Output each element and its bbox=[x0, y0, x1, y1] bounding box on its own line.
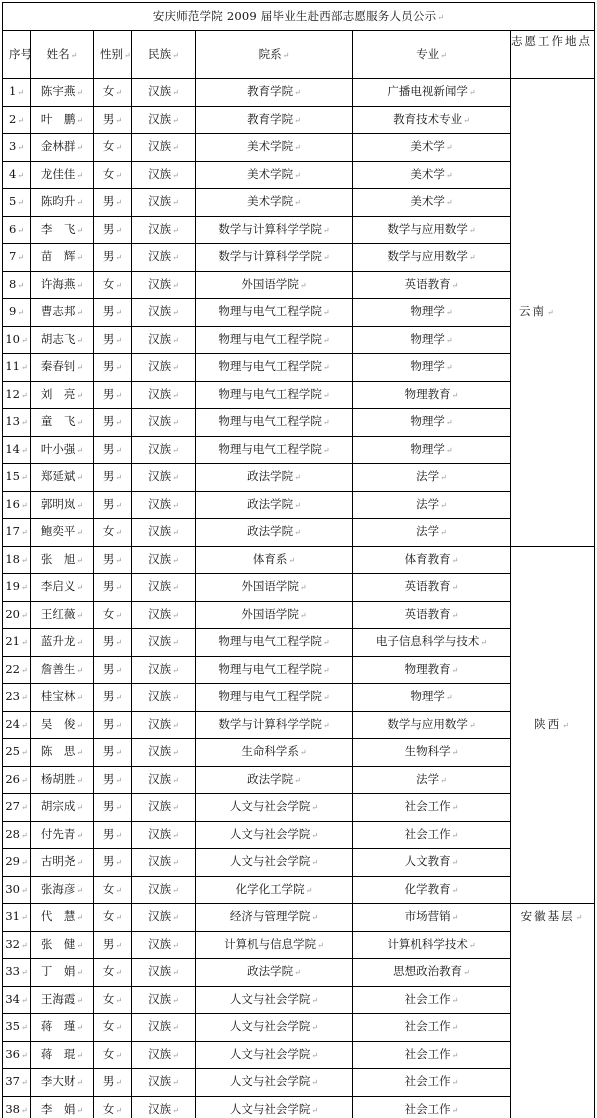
ethnicity: 汉族 bbox=[148, 139, 179, 153]
major: 物理教育 bbox=[405, 662, 459, 676]
ethnicity-cell: 汉族 bbox=[132, 464, 196, 492]
location-label: 云南 bbox=[519, 304, 556, 318]
ethnicity: 汉族 bbox=[148, 359, 179, 373]
department-cell: 教育学院 bbox=[196, 106, 353, 134]
gender: 女 bbox=[103, 167, 122, 181]
student-name-cell: 童 飞 bbox=[31, 409, 94, 437]
row-number-cell: 9 bbox=[3, 299, 31, 327]
gender: 女 bbox=[103, 1102, 122, 1116]
gender-cell: 男 bbox=[94, 409, 132, 437]
department: 生命科学系 bbox=[241, 744, 306, 758]
ethnicity-cell: 汉族 bbox=[132, 601, 196, 629]
row-number-cell: 32 bbox=[3, 931, 31, 959]
department-cell: 教育学院 bbox=[196, 79, 353, 107]
gender-cell: 男 bbox=[94, 629, 132, 657]
student-name: 秦春钊 bbox=[41, 359, 83, 373]
row-number: 6 bbox=[9, 222, 24, 236]
ethnicity-cell: 汉族 bbox=[132, 161, 196, 189]
student-name: 王红薇 bbox=[41, 607, 83, 621]
major: 思想政治教育 bbox=[393, 964, 470, 978]
department-cell: 物理与电气工程学院 bbox=[196, 409, 353, 437]
gender: 女 bbox=[103, 964, 122, 978]
header-location: 志愿工作地点 bbox=[511, 31, 595, 79]
table-row: 23桂宝林男汉族物理与电气工程学院物理学 bbox=[3, 684, 595, 712]
department-cell: 外国语学院 bbox=[196, 601, 353, 629]
ethnicity-cell: 汉族 bbox=[132, 849, 196, 877]
row-number-cell: 1 bbox=[3, 79, 31, 107]
ethnicity: 汉族 bbox=[148, 414, 179, 428]
department: 人文与社会学院 bbox=[230, 1019, 318, 1033]
department-cell: 数学与计算科学学院 bbox=[196, 216, 353, 244]
student-name-cell: 吴 俊 bbox=[31, 711, 94, 739]
gender: 女 bbox=[103, 992, 122, 1006]
row-number: 4 bbox=[9, 167, 24, 181]
department: 政法学院 bbox=[247, 469, 301, 483]
student-name: 代 慧 bbox=[41, 909, 83, 923]
table-title: 安庆师范学院 2009 届毕业生赴西部志愿服务人员公示 bbox=[3, 3, 595, 31]
gender: 男 bbox=[103, 662, 122, 676]
student-name: 张 健 bbox=[41, 937, 83, 951]
row-number-cell: 15 bbox=[3, 464, 31, 492]
ethnicity: 汉族 bbox=[148, 277, 179, 291]
gender-cell: 男 bbox=[94, 299, 132, 327]
ethnicity-cell: 汉族 bbox=[132, 546, 196, 574]
major: 社会工作 bbox=[405, 1047, 459, 1061]
row-number-cell: 28 bbox=[3, 821, 31, 849]
student-name: 陈 思 bbox=[41, 744, 83, 758]
ethnicity: 汉族 bbox=[148, 387, 179, 401]
student-name-cell: 付先青 bbox=[31, 821, 94, 849]
gender: 男 bbox=[103, 387, 122, 401]
student-name-cell: 陈 思 bbox=[31, 739, 94, 767]
department-cell: 计算机与信息学院 bbox=[196, 931, 353, 959]
major-cell: 美术学 bbox=[353, 134, 511, 162]
ethnicity-cell: 汉族 bbox=[132, 354, 196, 382]
header-ethnicity: 民族 bbox=[132, 31, 196, 79]
ethnicity-cell: 汉族 bbox=[132, 271, 196, 299]
ethnicity-cell: 汉族 bbox=[132, 299, 196, 327]
department: 人文与社会学院 bbox=[230, 854, 318, 868]
row-number: 33 bbox=[5, 964, 27, 978]
student-name-cell: 郑延斌 bbox=[31, 464, 94, 492]
major-cell: 物理学 bbox=[353, 299, 511, 327]
student-name-cell: 鲍奕平 bbox=[31, 519, 94, 547]
ethnicity-cell: 汉族 bbox=[132, 739, 196, 767]
gender: 女 bbox=[103, 1019, 122, 1033]
student-name: 胡宗成 bbox=[41, 799, 83, 813]
department: 物理与电气工程学院 bbox=[218, 359, 329, 373]
department-cell: 人文与社会学院 bbox=[196, 986, 353, 1014]
gender: 男 bbox=[103, 827, 122, 841]
major: 数学与应用数学 bbox=[387, 717, 475, 731]
row-number-cell: 16 bbox=[3, 491, 31, 519]
student-name-cell: 胡志飞 bbox=[31, 326, 94, 354]
major-cell: 化学教育 bbox=[353, 876, 511, 904]
department: 人文与社会学院 bbox=[230, 1047, 318, 1061]
gender-cell: 男 bbox=[94, 711, 132, 739]
gender-cell: 女 bbox=[94, 1014, 132, 1042]
ethnicity-cell: 汉族 bbox=[132, 381, 196, 409]
student-name-cell: 叶 鹏 bbox=[31, 106, 94, 134]
row-number: 21 bbox=[5, 634, 27, 648]
gender: 男 bbox=[103, 469, 122, 483]
student-name-cell: 刘 亮 bbox=[31, 381, 94, 409]
ethnicity-cell: 汉族 bbox=[132, 189, 196, 217]
major: 美术学 bbox=[410, 139, 452, 153]
student-name: 苗 辉 bbox=[41, 249, 83, 263]
department-cell: 数学与计算科学学院 bbox=[196, 244, 353, 272]
row-number: 27 bbox=[5, 799, 27, 813]
gender: 女 bbox=[103, 277, 122, 291]
gender-cell: 女 bbox=[94, 519, 132, 547]
gender: 女 bbox=[103, 524, 122, 538]
major-cell: 社会工作 bbox=[353, 1069, 511, 1097]
student-name: 杨胡胜 bbox=[41, 772, 83, 786]
major-cell: 数学与应用数学 bbox=[353, 216, 511, 244]
ethnicity-cell: 汉族 bbox=[132, 629, 196, 657]
row-number: 37 bbox=[5, 1074, 27, 1088]
row-number: 14 bbox=[5, 442, 27, 456]
gender-cell: 女 bbox=[94, 1041, 132, 1069]
major-cell: 法学 bbox=[353, 766, 511, 794]
row-number: 31 bbox=[5, 909, 27, 923]
student-name-cell: 胡宗成 bbox=[31, 794, 94, 822]
student-name-cell: 代 慧 bbox=[31, 904, 94, 932]
ethnicity: 汉族 bbox=[148, 469, 179, 483]
student-name: 李 飞 bbox=[41, 222, 83, 236]
ethnicity-cell: 汉族 bbox=[132, 656, 196, 684]
ethnicity: 汉族 bbox=[148, 964, 179, 978]
table-row: 34王海霞女汉族人文与社会学院社会工作 bbox=[3, 986, 595, 1014]
major: 物理学 bbox=[410, 414, 452, 428]
major-cell: 法学 bbox=[353, 519, 511, 547]
department-cell: 物理与电气工程学院 bbox=[196, 656, 353, 684]
ethnicity-cell: 汉族 bbox=[132, 436, 196, 464]
ethnicity: 汉族 bbox=[148, 167, 179, 181]
row-number-cell: 3 bbox=[3, 134, 31, 162]
major: 物理学 bbox=[410, 442, 452, 456]
major-cell: 社会工作 bbox=[353, 1041, 511, 1069]
student-name-cell: 金林群 bbox=[31, 134, 94, 162]
student-name-cell: 郭明岚 bbox=[31, 491, 94, 519]
student-name-cell: 詹善生 bbox=[31, 656, 94, 684]
row-number: 18 bbox=[5, 552, 27, 566]
ethnicity-cell: 汉族 bbox=[132, 574, 196, 602]
ethnicity-cell: 汉族 bbox=[132, 904, 196, 932]
gender-cell: 男 bbox=[94, 106, 132, 134]
table-row: 20王红薇女汉族外国语学院英语教育 bbox=[3, 601, 595, 629]
department: 物理与电气工程学院 bbox=[218, 634, 329, 648]
gender-cell: 女 bbox=[94, 959, 132, 987]
ethnicity-cell: 汉族 bbox=[132, 1069, 196, 1097]
gender: 男 bbox=[103, 772, 122, 786]
gender: 男 bbox=[103, 634, 122, 648]
header-gender: 性别 bbox=[94, 31, 132, 79]
student-name: 蒋 琨 bbox=[41, 1047, 83, 1061]
gender: 女 bbox=[103, 909, 122, 923]
department-cell: 物理与电气工程学院 bbox=[196, 381, 353, 409]
major-cell: 数学与应用数学 bbox=[353, 244, 511, 272]
table-row: 26杨胡胜男汉族政法学院法学 bbox=[3, 766, 595, 794]
student-name-cell: 李 飞 bbox=[31, 216, 94, 244]
row-number: 23 bbox=[5, 689, 27, 703]
gender: 女 bbox=[103, 607, 122, 621]
location-cell: 云南 bbox=[511, 79, 595, 547]
major-cell: 广播电视新闻学 bbox=[353, 79, 511, 107]
student-name-cell: 曹志邦 bbox=[31, 299, 94, 327]
row-number: 19 bbox=[5, 579, 27, 593]
student-name-cell: 李大财 bbox=[31, 1069, 94, 1097]
department-cell: 人文与社会学院 bbox=[196, 1096, 353, 1118]
major: 物理学 bbox=[410, 332, 452, 346]
row-number-cell: 30 bbox=[3, 876, 31, 904]
gender: 女 bbox=[103, 1047, 122, 1061]
row-number-cell: 31 bbox=[3, 904, 31, 932]
major-cell: 社会工作 bbox=[353, 1096, 511, 1118]
major-cell: 社会工作 bbox=[353, 821, 511, 849]
row-number-cell: 5 bbox=[3, 189, 31, 217]
table-row: 21蓝升龙男汉族物理与电气工程学院电子信息科学与技术 bbox=[3, 629, 595, 657]
department: 人文与社会学院 bbox=[230, 827, 318, 841]
major-cell: 思想政治教育 bbox=[353, 959, 511, 987]
header-name: 姓名 bbox=[31, 31, 94, 79]
student-name-cell: 苗 辉 bbox=[31, 244, 94, 272]
department-cell: 政法学院 bbox=[196, 464, 353, 492]
student-name-cell: 丁 娟 bbox=[31, 959, 94, 987]
major: 物理学 bbox=[410, 359, 452, 373]
student-name-cell: 张海彦 bbox=[31, 876, 94, 904]
row-number-cell: 14 bbox=[3, 436, 31, 464]
row-number-cell: 27 bbox=[3, 794, 31, 822]
row-number: 10 bbox=[5, 332, 27, 346]
student-name: 李启义 bbox=[41, 579, 83, 593]
location-cell: 安徽基层 bbox=[511, 904, 595, 1118]
department: 数学与计算科学学院 bbox=[218, 222, 329, 236]
ethnicity: 汉族 bbox=[148, 112, 179, 126]
row-number-cell: 8 bbox=[3, 271, 31, 299]
department: 化学化工学院 bbox=[236, 882, 313, 896]
table-row: 11秦春钊男汉族物理与电气工程学院物理学 bbox=[3, 354, 595, 382]
row-number: 26 bbox=[5, 772, 27, 786]
department-cell: 数学与计算科学学院 bbox=[196, 711, 353, 739]
ethnicity: 汉族 bbox=[148, 882, 179, 896]
ethnicity: 汉族 bbox=[148, 1047, 179, 1061]
student-name: 吴 俊 bbox=[41, 717, 83, 731]
ethnicity-cell: 汉族 bbox=[132, 986, 196, 1014]
major: 英语教育 bbox=[405, 579, 459, 593]
location-label: 安徽基层 bbox=[521, 909, 585, 923]
student-name-cell: 蒋 琨 bbox=[31, 1041, 94, 1069]
gender: 女 bbox=[103, 882, 122, 896]
row-number-cell: 29 bbox=[3, 849, 31, 877]
row-number: 8 bbox=[9, 277, 24, 291]
student-name: 叶 鹏 bbox=[41, 112, 83, 126]
row-number-cell: 19 bbox=[3, 574, 31, 602]
department: 美术学院 bbox=[247, 194, 301, 208]
major-cell: 电子信息科学与技术 bbox=[353, 629, 511, 657]
table-row: 29古明尧男汉族人文与社会学院人文教育 bbox=[3, 849, 595, 877]
table-row: 15郑延斌男汉族政法学院法学 bbox=[3, 464, 595, 492]
student-name: 陈昀升 bbox=[41, 194, 83, 208]
department: 政法学院 bbox=[247, 497, 301, 511]
row-number: 34 bbox=[5, 992, 27, 1006]
table-row: 38李 娟女汉族人文与社会学院社会工作 bbox=[3, 1096, 595, 1118]
major-cell: 物理学 bbox=[353, 354, 511, 382]
ethnicity-cell: 汉族 bbox=[132, 216, 196, 244]
major: 数学与应用数学 bbox=[387, 249, 475, 263]
department: 物理与电气工程学院 bbox=[218, 662, 329, 676]
ethnicity-cell: 汉族 bbox=[132, 1041, 196, 1069]
department: 人文与社会学院 bbox=[230, 992, 318, 1006]
department-cell: 物理与电气工程学院 bbox=[196, 629, 353, 657]
student-name: 蒋 瑾 bbox=[41, 1019, 83, 1033]
row-number-cell: 36 bbox=[3, 1041, 31, 1069]
ethnicity-cell: 汉族 bbox=[132, 106, 196, 134]
gender: 女 bbox=[103, 84, 122, 98]
table-row: 9曹志邦男汉族物理与电气工程学院物理学 bbox=[3, 299, 595, 327]
row-number: 11 bbox=[5, 359, 27, 373]
gender-cell: 男 bbox=[94, 189, 132, 217]
ethnicity-cell: 汉族 bbox=[132, 79, 196, 107]
ethnicity: 汉族 bbox=[148, 992, 179, 1006]
major: 社会工作 bbox=[405, 992, 459, 1006]
major: 英语教育 bbox=[405, 277, 459, 291]
table-row: 25陈 思男汉族生命科学系生物科学 bbox=[3, 739, 595, 767]
department-cell: 物理与电气工程学院 bbox=[196, 299, 353, 327]
department-cell: 政法学院 bbox=[196, 519, 353, 547]
department-cell: 人文与社会学院 bbox=[196, 1041, 353, 1069]
student-name-cell: 杨胡胜 bbox=[31, 766, 94, 794]
major: 物理教育 bbox=[405, 387, 459, 401]
department: 物理与电气工程学院 bbox=[218, 689, 329, 703]
header-row: 序号 姓名 性别 民族 院系 专业 志愿工作地点 bbox=[3, 31, 595, 79]
major-cell: 美术学 bbox=[353, 161, 511, 189]
row-number: 24 bbox=[5, 717, 27, 731]
student-name: 鲍奕平 bbox=[41, 524, 83, 538]
department-cell: 美术学院 bbox=[196, 161, 353, 189]
table-row: 3金林群女汉族美术学院美术学 bbox=[3, 134, 595, 162]
student-name-cell: 张 健 bbox=[31, 931, 94, 959]
header-major: 专业 bbox=[353, 31, 511, 79]
row-number: 25 bbox=[5, 744, 27, 758]
gender: 男 bbox=[103, 799, 122, 813]
department: 政法学院 bbox=[247, 772, 301, 786]
row-number-cell: 18 bbox=[3, 546, 31, 574]
student-name-cell: 蓝升龙 bbox=[31, 629, 94, 657]
table-row: 2叶 鹏男汉族教育学院教育技术专业 bbox=[3, 106, 595, 134]
student-name: 龙佳佳 bbox=[41, 167, 83, 181]
gender-cell: 女 bbox=[94, 986, 132, 1014]
department: 人文与社会学院 bbox=[230, 1074, 318, 1088]
department: 外国语学院 bbox=[241, 277, 306, 291]
ethnicity: 汉族 bbox=[148, 1019, 179, 1033]
department: 教育学院 bbox=[247, 84, 301, 98]
row-number-cell: 22 bbox=[3, 656, 31, 684]
department: 经济与管理学院 bbox=[230, 909, 318, 923]
table-row: 17鲍奕平女汉族政法学院法学 bbox=[3, 519, 595, 547]
row-number-cell: 37 bbox=[3, 1069, 31, 1097]
gender: 男 bbox=[103, 744, 122, 758]
row-number-cell: 10 bbox=[3, 326, 31, 354]
gender-cell: 男 bbox=[94, 326, 132, 354]
major: 化学教育 bbox=[405, 882, 459, 896]
student-name: 童 飞 bbox=[41, 414, 83, 428]
table-row: 18张 旭男汉族体育系体育教育陕西 bbox=[3, 546, 595, 574]
department: 体育系 bbox=[253, 552, 295, 566]
ethnicity: 汉族 bbox=[148, 689, 179, 703]
table-row: 37李大财男汉族人文与社会学院社会工作 bbox=[3, 1069, 595, 1097]
gender-cell: 男 bbox=[94, 684, 132, 712]
table-row: 30张海彦女汉族化学化工学院化学教育 bbox=[3, 876, 595, 904]
ethnicity: 汉族 bbox=[148, 222, 179, 236]
row-number: 15 bbox=[5, 469, 27, 483]
department: 美术学院 bbox=[247, 167, 301, 181]
major: 社会工作 bbox=[405, 1102, 459, 1116]
gender-cell: 男 bbox=[94, 436, 132, 464]
ethnicity-cell: 汉族 bbox=[132, 931, 196, 959]
gender-cell: 男 bbox=[94, 849, 132, 877]
student-name: 丁 娟 bbox=[41, 964, 83, 978]
student-name-cell: 陈宇燕 bbox=[31, 79, 94, 107]
department-cell: 物理与电气工程学院 bbox=[196, 684, 353, 712]
row-number: 3 bbox=[9, 139, 24, 153]
gender-cell: 男 bbox=[94, 821, 132, 849]
major-cell: 市场营销 bbox=[353, 904, 511, 932]
gender: 男 bbox=[103, 304, 122, 318]
gender: 男 bbox=[103, 194, 122, 208]
department-cell: 人文与社会学院 bbox=[196, 821, 353, 849]
row-number-cell: 2 bbox=[3, 106, 31, 134]
gender: 男 bbox=[103, 552, 122, 566]
major: 美术学 bbox=[410, 167, 452, 181]
major: 社会工作 bbox=[405, 827, 459, 841]
department-cell: 经济与管理学院 bbox=[196, 904, 353, 932]
department-cell: 美术学院 bbox=[196, 189, 353, 217]
department-cell: 物理与电气工程学院 bbox=[196, 326, 353, 354]
gender-cell: 男 bbox=[94, 546, 132, 574]
table-row: 8许海燕女汉族外国语学院英语教育 bbox=[3, 271, 595, 299]
department-cell: 生命科学系 bbox=[196, 739, 353, 767]
student-name-cell: 许海燕 bbox=[31, 271, 94, 299]
ethnicity: 汉族 bbox=[148, 332, 179, 346]
gender: 男 bbox=[103, 937, 122, 951]
ethnicity-cell: 汉族 bbox=[132, 519, 196, 547]
major-cell: 社会工作 bbox=[353, 986, 511, 1014]
gender-cell: 女 bbox=[94, 79, 132, 107]
table-row: 33丁 娟女汉族政法学院思想政治教育 bbox=[3, 959, 595, 987]
ethnicity: 汉族 bbox=[148, 827, 179, 841]
ethnicity-cell: 汉族 bbox=[132, 491, 196, 519]
row-number: 36 bbox=[5, 1047, 27, 1061]
ethnicity: 汉族 bbox=[148, 662, 179, 676]
major: 法学 bbox=[416, 497, 447, 511]
student-name: 叶小强 bbox=[41, 442, 83, 456]
ethnicity: 汉族 bbox=[148, 937, 179, 951]
major: 美术学 bbox=[410, 194, 452, 208]
ethnicity: 汉族 bbox=[148, 607, 179, 621]
ethnicity: 汉族 bbox=[148, 497, 179, 511]
gender-cell: 男 bbox=[94, 739, 132, 767]
row-number-cell: 11 bbox=[3, 354, 31, 382]
major-cell: 社会工作 bbox=[353, 1014, 511, 1042]
gender-cell: 男 bbox=[94, 794, 132, 822]
gender-cell: 男 bbox=[94, 656, 132, 684]
ethnicity-cell: 汉族 bbox=[132, 821, 196, 849]
table-row: 14叶小强男汉族物理与电气工程学院物理学 bbox=[3, 436, 595, 464]
student-name: 曹志邦 bbox=[41, 304, 83, 318]
major: 市场营销 bbox=[405, 909, 459, 923]
department: 物理与电气工程学院 bbox=[218, 387, 329, 401]
